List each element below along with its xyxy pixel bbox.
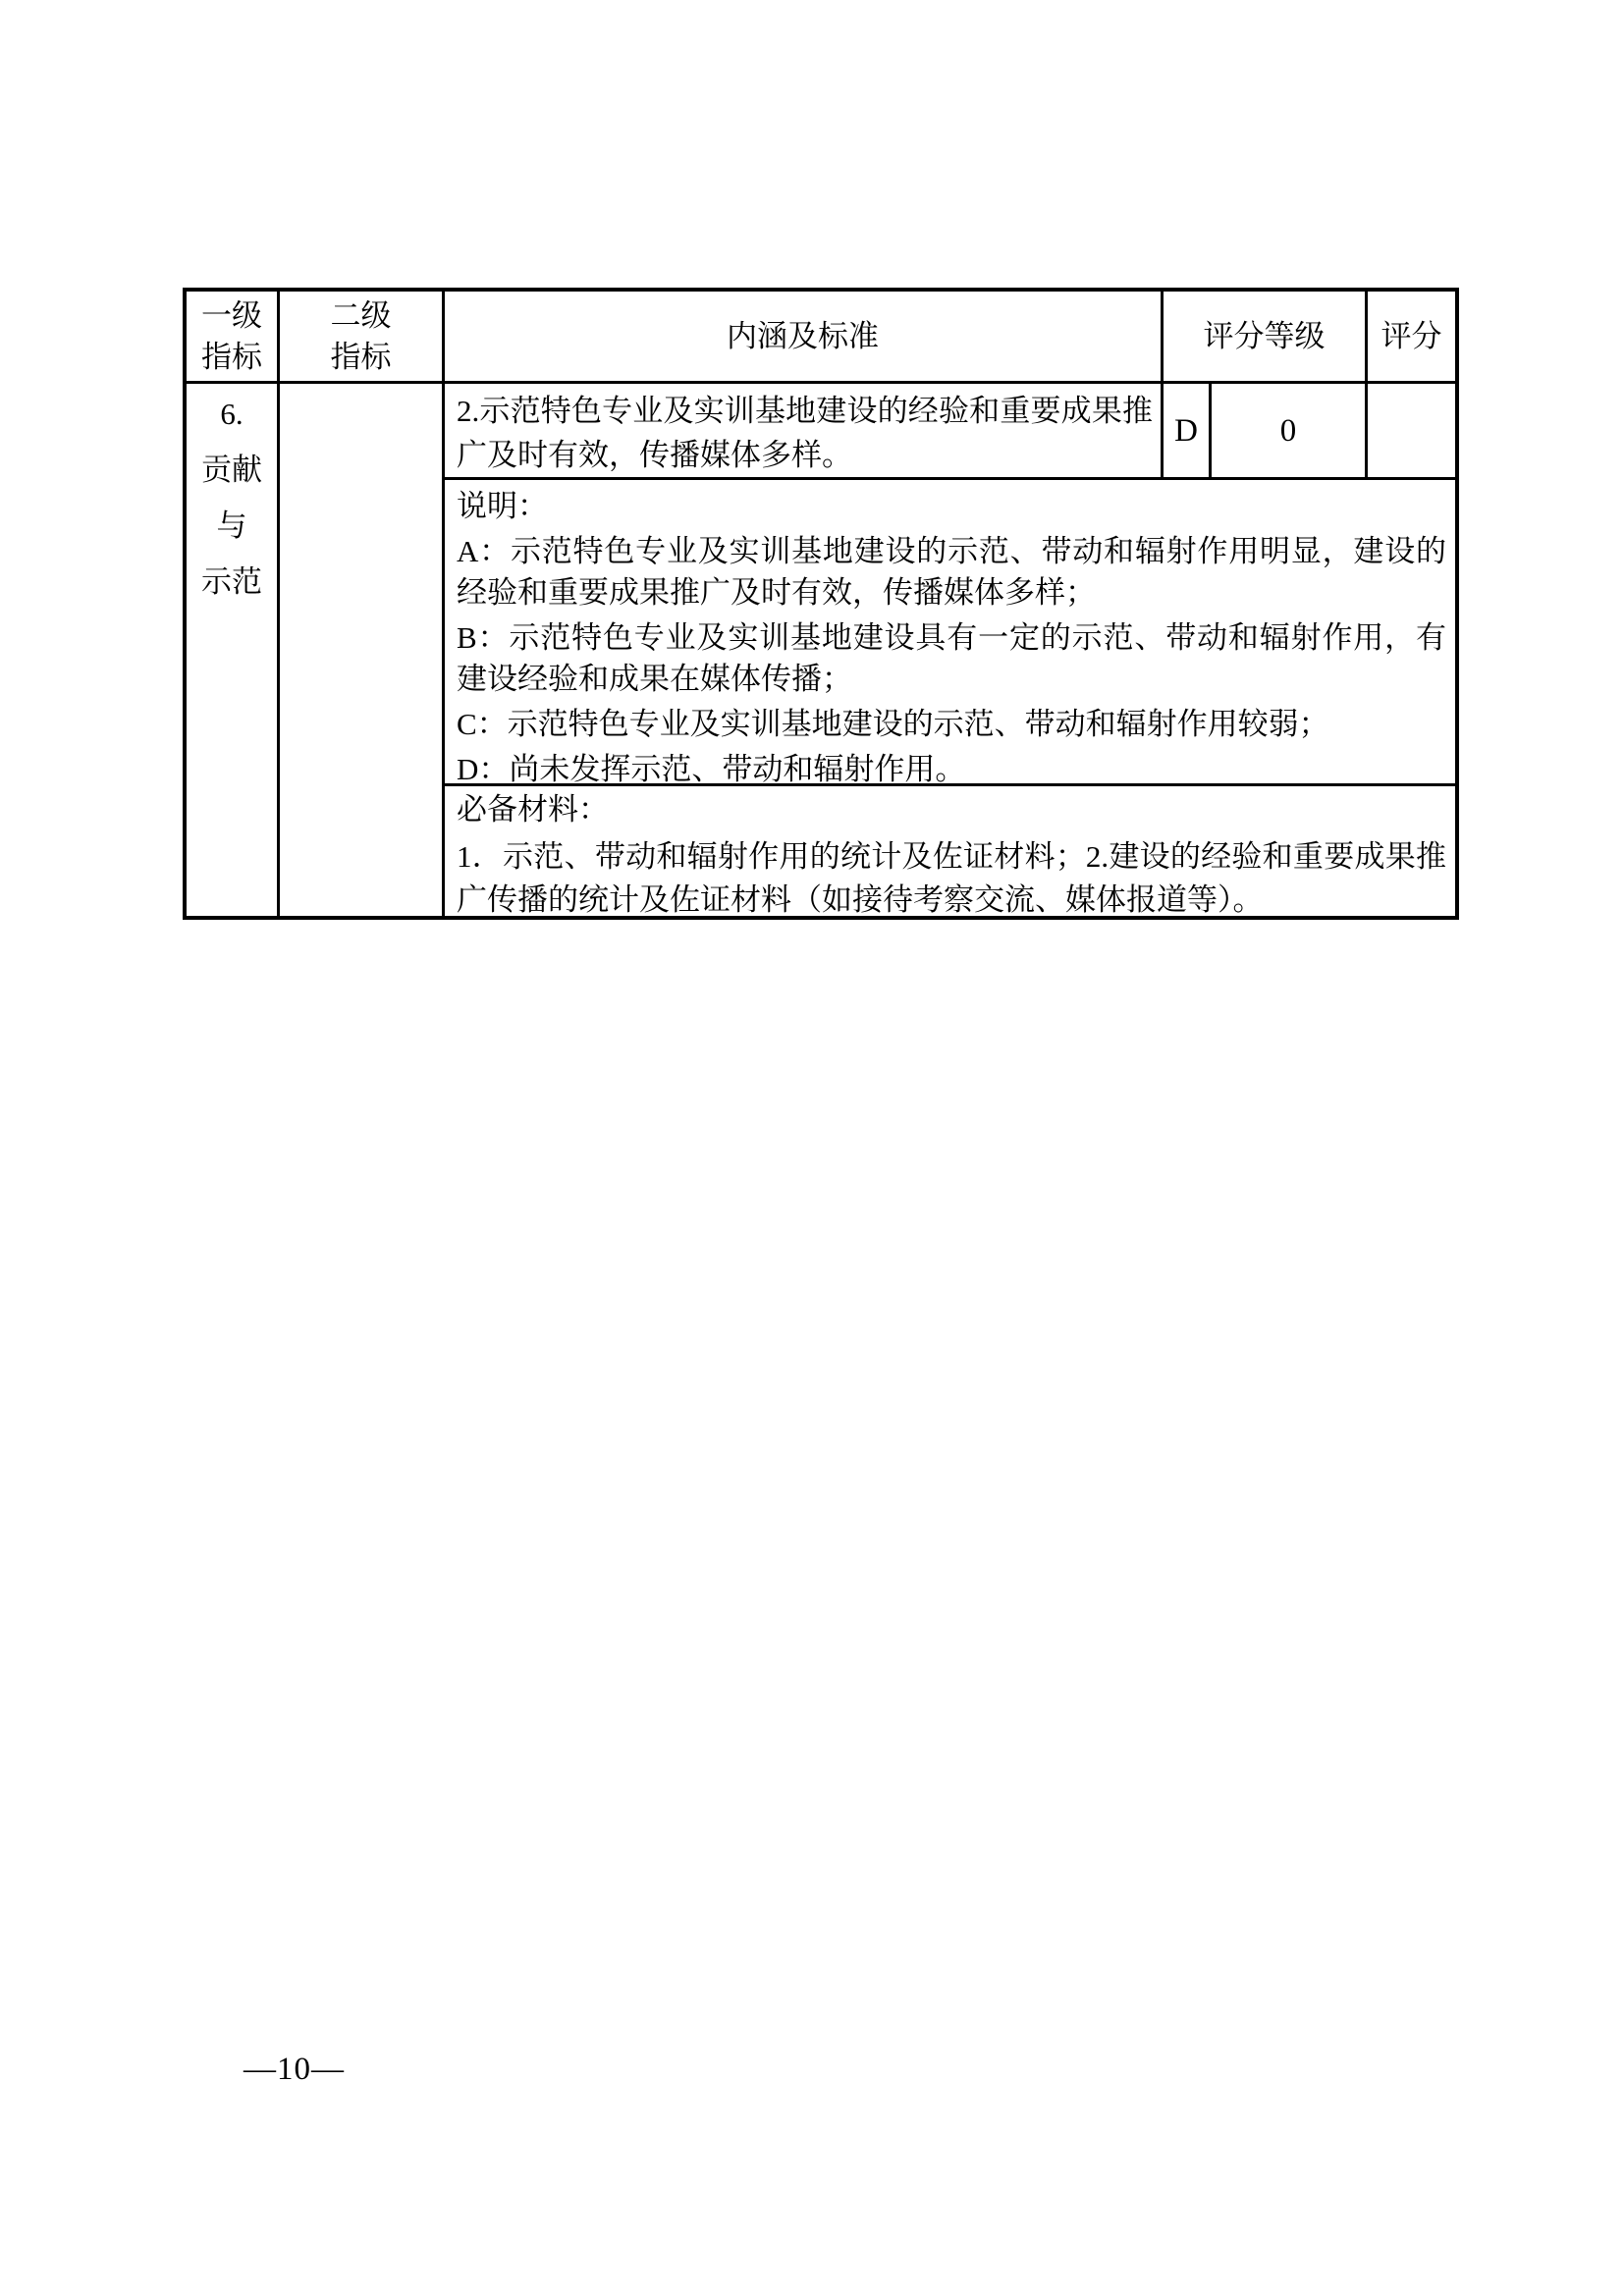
notes-item-a: A：示范特色专业及实训基地建设的示范、带动和辐射作用明显，建设的经验和重要成果推… <box>457 531 1446 614</box>
cell-grade-value: 0 <box>1212 384 1365 477</box>
table-border-bottom <box>183 916 1459 920</box>
header-cell-content-standard: 内涵及标准 <box>445 292 1161 381</box>
header-cell-grade: 评分等级 <box>1164 292 1365 381</box>
notes-item-b: B：示范特色专业及实训基地建设具有一定的示范、带动和辐射作用，有建设经验和成果在… <box>457 617 1446 700</box>
header-cell-level2-indicator: 二级 指标 <box>280 292 442 381</box>
header-cell-score: 评分 <box>1368 292 1455 381</box>
cell-score-empty <box>1368 384 1455 477</box>
cell-grade-letter: D <box>1164 384 1209 477</box>
page-number: —10— <box>244 2050 345 2089</box>
cell-level1-indicator: 6. 贡献 与 示范 <box>187 384 277 916</box>
notes-item-c: C：示范特色专业及实训基地建设的示范、带动和辐射作用较弱； <box>457 704 1446 745</box>
document-page: 一级 指标 二级 指标 内涵及标准 评分等级 评分 6. 贡献 与 示范 2.示… <box>0 0 1624 2296</box>
header-cell-level1-indicator: 一级 指标 <box>187 292 277 381</box>
evaluation-table: 一级 指标 二级 指标 内涵及标准 评分等级 评分 6. 贡献 与 示范 2.示… <box>183 288 1459 920</box>
notes-item-d: D：尚未发挥示范、带动和辐射作用。 <box>457 749 1446 783</box>
materials-title: 必备材料： <box>457 788 1446 831</box>
cell-required-materials: 必备材料： 1．示范、带动和辐射作用的统计及佐证材料；2.建设的经验和重要成果推… <box>447 786 1455 916</box>
notes-title: 说明： <box>457 486 1446 527</box>
cell-level2-indicator <box>280 384 442 916</box>
cell-notes: 说明： A：示范特色专业及实训基地建设的示范、带动和辐射作用明显，建设的经验和重… <box>447 480 1455 783</box>
materials-item-1: 1．示范、带动和辐射作用的统计及佐证材料；2.建设的经验和重要成果推广传播的统计… <box>457 835 1446 916</box>
cell-criterion: 2.示范特色专业及实训基地建设的经验和重要成果推广及时有效，传播媒体多样。 <box>447 384 1161 477</box>
